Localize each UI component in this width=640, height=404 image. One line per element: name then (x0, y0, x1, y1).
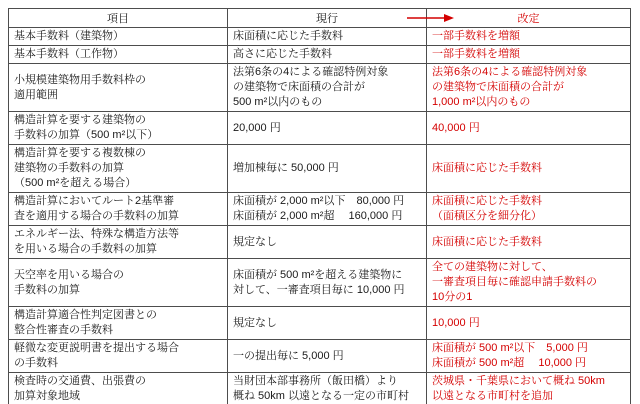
item-cell: 構造計算を要する複数棟の 建築物の手数料の加算 （500 m²を超える場合） (9, 145, 228, 193)
current-cell: 一の提出毎に 5,000 円 (228, 340, 427, 373)
revised-column-header: 改定 (427, 9, 631, 28)
table-row: エネルギー法、特殊な構造方法等 を用いる場合の手数料の加算規定なし床面積に応じた… (9, 226, 631, 259)
revised-cell: 一部手数料を増額 (427, 46, 631, 64)
current-cell: 高さに応じた手数料 (228, 46, 427, 64)
item-cell: 基本手数料（建築物） (9, 28, 228, 46)
revised-cell: 床面積に応じた手数料 (427, 145, 631, 193)
item-column-header: 項目 (9, 9, 228, 28)
item-cell: 構造計算においてルート2基準審 査を適用する場合の手数料の加算 (9, 193, 228, 226)
table-row: 構造計算適合性判定図書との 整合性審査の手数料規定なし10,000 円 (9, 307, 631, 340)
page: 項目 現行 改定 基本手数料（建築物）床面積に応じた手数料一部手数料を増額基本手… (0, 0, 640, 404)
item-cell: 構造計算適合性判定図書との 整合性審査の手数料 (9, 307, 228, 340)
revision-arrow-icon (407, 13, 455, 23)
item-cell: 軽微な変更説明書を提出する場合 の手数料 (9, 340, 228, 373)
revised-cell: 10,000 円 (427, 307, 631, 340)
revised-cell: 床面積に応じた手数料 (427, 226, 631, 259)
revised-cell: 法第6条の4による確認特例対象 の建築物で床面積の合計が 1,000 m²以内の… (427, 64, 631, 112)
revised-cell: 床面積が 500 m²以下 5,000 円 床面積が 500 m²超 10,00… (427, 340, 631, 373)
table-row: 軽微な変更説明書を提出する場合 の手数料一の提出毎に 5,000 円床面積が 5… (9, 340, 631, 373)
item-cell: 基本手数料（工作物） (9, 46, 228, 64)
table-body: 基本手数料（建築物）床面積に応じた手数料一部手数料を増額基本手数料（工作物）高さ… (9, 28, 631, 404)
current-cell: 床面積が 2,000 m²以下 80,000 円 床面積が 2,000 m²超 … (228, 193, 427, 226)
table-header: 項目 現行 改定 (9, 9, 631, 28)
current-cell: 増加棟毎に 50,000 円 (228, 145, 427, 193)
current-cell: 規定なし (228, 307, 427, 340)
item-cell: エネルギー法、特殊な構造方法等 を用いる場合の手数料の加算 (9, 226, 228, 259)
revised-cell: 40,000 円 (427, 112, 631, 145)
current-column-header: 現行 (228, 9, 427, 28)
item-cell: 天空率を用いる場合の 手数料の加算 (9, 259, 228, 307)
current-cell: 規定なし (228, 226, 427, 259)
current-cell: 20,000 円 (228, 112, 427, 145)
revised-column-label: 改定 (518, 13, 540, 25)
table-row: 基本手数料（工作物）高さに応じた手数料一部手数料を増額 (9, 46, 631, 64)
table-row: 構造計算においてルート2基準審 査を適用する場合の手数料の加算床面積が 2,00… (9, 193, 631, 226)
item-cell: 小規模建築物用手数料枠の 適用範囲 (9, 64, 228, 112)
table-row: 検査時の交通費、出張費の 加算対象地域当財団本部事務所（飯田橋）より 概ね 50… (9, 373, 631, 404)
revised-cell: 床面積に応じた手数料 （面積区分を細分化） (427, 193, 631, 226)
current-cell: 床面積が 500 m²を超える建築物に 対して、一審査項目毎に 10,000 円 (228, 259, 427, 307)
revised-cell: 全ての建築物に対して、 一審査項目毎に確認申請手数料の 10分の1 (427, 259, 631, 307)
table-row: 構造計算を要する建築物の 手数料の加算（500 m²以下）20,000 円40,… (9, 112, 631, 145)
item-cell: 検査時の交通費、出張費の 加算対象地域 (9, 373, 228, 404)
item-cell: 構造計算を要する建築物の 手数料の加算（500 m²以下） (9, 112, 228, 145)
table-row: 小規模建築物用手数料枠の 適用範囲法第6条の4による確認特例対象 の建築物で床面… (9, 64, 631, 112)
table-row: 天空率を用いる場合の 手数料の加算床面積が 500 m²を超える建築物に 対して… (9, 259, 631, 307)
revised-cell: 一部手数料を増額 (427, 28, 631, 46)
header-row: 項目 現行 改定 (9, 9, 631, 28)
fee-revision-table: 項目 現行 改定 基本手数料（建築物）床面積に応じた手数料一部手数料を増額基本手… (8, 8, 631, 404)
revised-cell: 茨城県・千葉県において概ね 50km 以遠となる市町村を追加 (427, 373, 631, 404)
current-cell: 当財団本部事務所（飯田橋）より 概ね 50km 以遠となる一定の市町村 (228, 373, 427, 404)
table-row: 基本手数料（建築物）床面積に応じた手数料一部手数料を増額 (9, 28, 631, 46)
table-row: 構造計算を要する複数棟の 建築物の手数料の加算 （500 m²を超える場合）増加… (9, 145, 631, 193)
current-cell: 床面積に応じた手数料 (228, 28, 427, 46)
current-cell: 法第6条の4による確認特例対象 の建築物で床面積の合計が 500 m²以内のもの (228, 64, 427, 112)
